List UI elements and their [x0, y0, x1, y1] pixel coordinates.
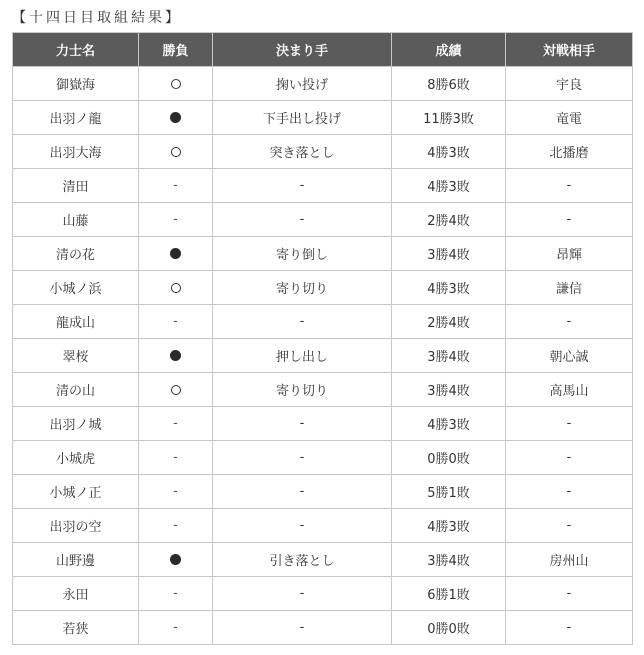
table-row: 清の花寄り倒し3勝4敗昂輝 — [13, 237, 633, 271]
kimarite: - — [213, 441, 392, 475]
table-row: 出羽の空--4勝3敗- — [13, 509, 633, 543]
rikishi-name: 出羽大海 — [13, 135, 139, 169]
win-circle-icon — [171, 79, 181, 89]
no-result-dash: - — [173, 178, 178, 193]
record: 2勝4敗 — [392, 203, 506, 237]
opponent: - — [506, 577, 633, 611]
record: 4勝3敗 — [392, 271, 506, 305]
no-result-dash: - — [173, 518, 178, 533]
record: 4勝3敗 — [392, 169, 506, 203]
table-row: 山野邊引き落とし3勝4敗房州山 — [13, 543, 633, 577]
opponent: 房州山 — [506, 543, 633, 577]
result-cell: - — [139, 577, 213, 611]
rikishi-name: 出羽ノ龍 — [13, 101, 139, 135]
rikishi-name: 清の花 — [13, 237, 139, 271]
table-row: 龍成山--2勝4敗- — [13, 305, 633, 339]
header-opponent: 対戦相手 — [506, 33, 633, 67]
kimarite: 引き落とし — [213, 543, 392, 577]
win-circle-icon — [171, 283, 181, 293]
opponent: 北播磨 — [506, 135, 633, 169]
result-cell: - — [139, 305, 213, 339]
rikishi-name: 御嶽海 — [13, 67, 139, 101]
results-container: 【十四日目取組結果】 力士名 勝負 決まり手 成績 対戦相手 御嶽海掬い投げ8勝… — [0, 0, 644, 645]
rikishi-name: 龍成山 — [13, 305, 139, 339]
table-row: 出羽ノ龍下手出し投げ11勝3敗竜電 — [13, 101, 633, 135]
kimarite: 寄り切り — [213, 271, 392, 305]
record: 4勝3敗 — [392, 407, 506, 441]
kimarite: - — [213, 203, 392, 237]
rikishi-name: 翠桜 — [13, 339, 139, 373]
loss-filled-circle-icon — [170, 112, 181, 123]
rikishi-name: 出羽ノ城 — [13, 407, 139, 441]
table-row: 永田--6勝1敗- — [13, 577, 633, 611]
no-result-dash: - — [173, 484, 178, 499]
table-row: 翠桜押し出し3勝4敗朝心誠 — [13, 339, 633, 373]
opponent: - — [506, 169, 633, 203]
opponent: 謙信 — [506, 271, 633, 305]
kimarite: - — [213, 407, 392, 441]
result-cell: - — [139, 475, 213, 509]
opponent: 宇良 — [506, 67, 633, 101]
header-result: 勝負 — [139, 33, 213, 67]
result-cell — [139, 271, 213, 305]
table-body: 御嶽海掬い投げ8勝6敗宇良出羽ノ龍下手出し投げ11勝3敗竜電出羽大海突き落とし4… — [13, 67, 633, 645]
win-circle-icon — [171, 385, 181, 395]
rikishi-name: 山藤 — [13, 203, 139, 237]
table-row: 出羽大海突き落とし4勝3敗北播磨 — [13, 135, 633, 169]
loss-filled-circle-icon — [170, 248, 181, 259]
record: 2勝4敗 — [392, 305, 506, 339]
page-title: 【十四日目取組結果】 — [12, 0, 644, 32]
rikishi-name: 出羽の空 — [13, 509, 139, 543]
kimarite: 寄り倒し — [213, 237, 392, 271]
record: 3勝4敗 — [392, 339, 506, 373]
table-row: 山藤--2勝4敗- — [13, 203, 633, 237]
loss-filled-circle-icon — [170, 350, 181, 361]
opponent: - — [506, 305, 633, 339]
no-result-dash: - — [173, 416, 178, 431]
table-row: 若狭--0勝0敗- — [13, 611, 633, 645]
result-cell: - — [139, 611, 213, 645]
table-row: 小城ノ正--5勝1敗- — [13, 475, 633, 509]
record: 4勝3敗 — [392, 135, 506, 169]
no-result-dash: - — [173, 620, 178, 635]
result-cell — [139, 135, 213, 169]
rikishi-name: 永田 — [13, 577, 139, 611]
header-kimarite: 決まり手 — [213, 33, 392, 67]
opponent: 朝心誠 — [506, 339, 633, 373]
rikishi-name: 清田 — [13, 169, 139, 203]
result-cell — [139, 339, 213, 373]
record: 6勝1敗 — [392, 577, 506, 611]
record: 0勝0敗 — [392, 441, 506, 475]
opponent: - — [506, 407, 633, 441]
no-result-dash: - — [173, 314, 178, 329]
table-row: 清田--4勝3敗- — [13, 169, 633, 203]
record: 11勝3敗 — [392, 101, 506, 135]
record: 8勝6敗 — [392, 67, 506, 101]
record: 3勝4敗 — [392, 373, 506, 407]
table-row: 出羽ノ城--4勝3敗- — [13, 407, 633, 441]
rikishi-name: 小城虎 — [13, 441, 139, 475]
result-cell: - — [139, 509, 213, 543]
results-table: 力士名 勝負 決まり手 成績 対戦相手 御嶽海掬い投げ8勝6敗宇良出羽ノ龍下手出… — [12, 32, 633, 645]
result-cell — [139, 101, 213, 135]
rikishi-name: 小城ノ浜 — [13, 271, 139, 305]
result-cell — [139, 67, 213, 101]
kimarite: 突き落とし — [213, 135, 392, 169]
kimarite: - — [213, 475, 392, 509]
kimarite: - — [213, 169, 392, 203]
no-result-dash: - — [173, 450, 178, 465]
opponent: - — [506, 203, 633, 237]
record: 4勝3敗 — [392, 509, 506, 543]
rikishi-name: 清の山 — [13, 373, 139, 407]
table-row: 小城ノ浜寄り切り4勝3敗謙信 — [13, 271, 633, 305]
opponent: - — [506, 509, 633, 543]
opponent: - — [506, 441, 633, 475]
opponent: 昂輝 — [506, 237, 633, 271]
opponent: 高馬山 — [506, 373, 633, 407]
kimarite: 掬い投げ — [213, 67, 392, 101]
rikishi-name: 小城ノ正 — [13, 475, 139, 509]
record: 5勝1敗 — [392, 475, 506, 509]
kimarite: - — [213, 509, 392, 543]
result-cell — [139, 373, 213, 407]
kimarite: 下手出し投げ — [213, 101, 392, 135]
loss-filled-circle-icon — [170, 554, 181, 565]
opponent: 竜電 — [506, 101, 633, 135]
table-row: 小城虎--0勝0敗- — [13, 441, 633, 475]
kimarite: 押し出し — [213, 339, 392, 373]
no-result-dash: - — [173, 212, 178, 227]
rikishi-name: 山野邊 — [13, 543, 139, 577]
kimarite: 寄り切り — [213, 373, 392, 407]
table-row: 御嶽海掬い投げ8勝6敗宇良 — [13, 67, 633, 101]
result-cell — [139, 237, 213, 271]
record: 3勝4敗 — [392, 543, 506, 577]
kimarite: - — [213, 611, 392, 645]
table-row: 清の山寄り切り3勝4敗高馬山 — [13, 373, 633, 407]
header-rikishi-name: 力士名 — [13, 33, 139, 67]
result-cell: - — [139, 441, 213, 475]
win-circle-icon — [171, 147, 181, 157]
header-record: 成績 — [392, 33, 506, 67]
kimarite: - — [213, 305, 392, 339]
record: 0勝0敗 — [392, 611, 506, 645]
opponent: - — [506, 611, 633, 645]
no-result-dash: - — [173, 586, 178, 601]
opponent: - — [506, 475, 633, 509]
result-cell: - — [139, 203, 213, 237]
result-cell: - — [139, 407, 213, 441]
result-cell — [139, 543, 213, 577]
kimarite: - — [213, 577, 392, 611]
record: 3勝4敗 — [392, 237, 506, 271]
rikishi-name: 若狭 — [13, 611, 139, 645]
result-cell: - — [139, 169, 213, 203]
table-header-row: 力士名 勝負 決まり手 成績 対戦相手 — [13, 33, 633, 67]
